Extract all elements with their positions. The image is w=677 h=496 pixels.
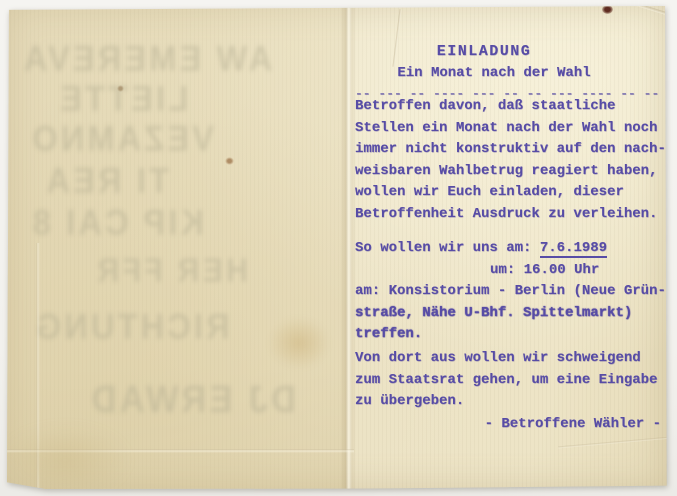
meeting-date-line: So wollen wir uns am: 7.6.1989: [355, 238, 661, 260]
invitation-card: AW EMEREVA LIETTE VEZAMNO TI REA KIP CAI…: [6, 5, 667, 489]
bleed-through-text: KIP CAI 8: [30, 204, 204, 244]
paragraph-line: Stellen ein Monat nach der Wahl noch: [355, 118, 661, 140]
paragraph-line: zu übergeben.: [355, 391, 661, 413]
paragraph-line: Betroffen davon, daß staatliche: [355, 96, 661, 118]
paper-shadow-wrap: AW EMEREVA LIETTE VEZAMNO TI REA KIP CAI…: [0, 0, 677, 496]
diagonal-crease-top-right: [545, 0, 677, 22]
meeting-time-value: 16.00 Uhr: [524, 262, 600, 278]
scanned-page: { "document": { "title": "EINLADUNG", "s…: [0, 0, 677, 496]
meeting-time-label: um:: [490, 262, 515, 278]
meeting-place-line: treffen.: [355, 324, 661, 346]
paragraph-line: weisbaren Wahlbetrug reagiert haben,: [355, 161, 661, 183]
meeting-date-value: 7.6.1989: [540, 240, 607, 258]
paragraph-line: immer nicht konstruktiv auf den nach-: [355, 139, 661, 161]
meeting-time-line: um: 16.00 Uhr: [355, 260, 661, 282]
paragraph-line: wollen wir Euch einladen, dieser: [355, 182, 661, 204]
meeting-when-label: So wollen wir uns am:: [355, 240, 531, 256]
meeting-place-line: straße, Nähe U-Bhf. Spittelmarkt): [355, 303, 661, 325]
bleed-through-text: TI REA: [43, 162, 169, 202]
invitation-paragraph: Betroffen davon, daß staatliche Stellen …: [355, 96, 661, 225]
bleed-through-text: HER FFR: [94, 252, 248, 290]
paragraph-line: Von dort aus wollen wir schweigend: [355, 348, 661, 370]
bleed-through-text: RICHTUNG: [33, 308, 230, 348]
typewritten-content: EINLADUNG Ein Monat nach der Wahl -- ---…: [355, 36, 661, 466]
signature: - Betroffene Wähler -: [355, 414, 661, 436]
document-title: EINLADUNG: [331, 41, 637, 63]
stain-top-right: [602, 5, 613, 14]
paragraph-line: Betroffenheit Ausdruck zu verleihen.: [355, 204, 661, 226]
paragraph-line: zum Staatsrat gehen, um eine Eingabe: [355, 370, 661, 392]
bleed-through-text: VEZAMNO: [29, 120, 214, 160]
bleed-through-text: AW EMEREVA: [21, 40, 272, 80]
document-subtitle: Ein Monat nach der Wahl: [341, 63, 647, 85]
meeting-details: So wollen wir uns am: 7.6.1989 um: 16.00…: [355, 238, 661, 346]
meeting-place-line: am: Konsistorium - Berlin (Neue Grün-: [355, 281, 661, 303]
bleed-through-text: LIETTE: [57, 80, 188, 120]
closing-paragraph: Von dort aus wollen wir schweigend zum S…: [355, 348, 661, 413]
bleed-through-text: DJ ERWAD: [88, 378, 296, 422]
